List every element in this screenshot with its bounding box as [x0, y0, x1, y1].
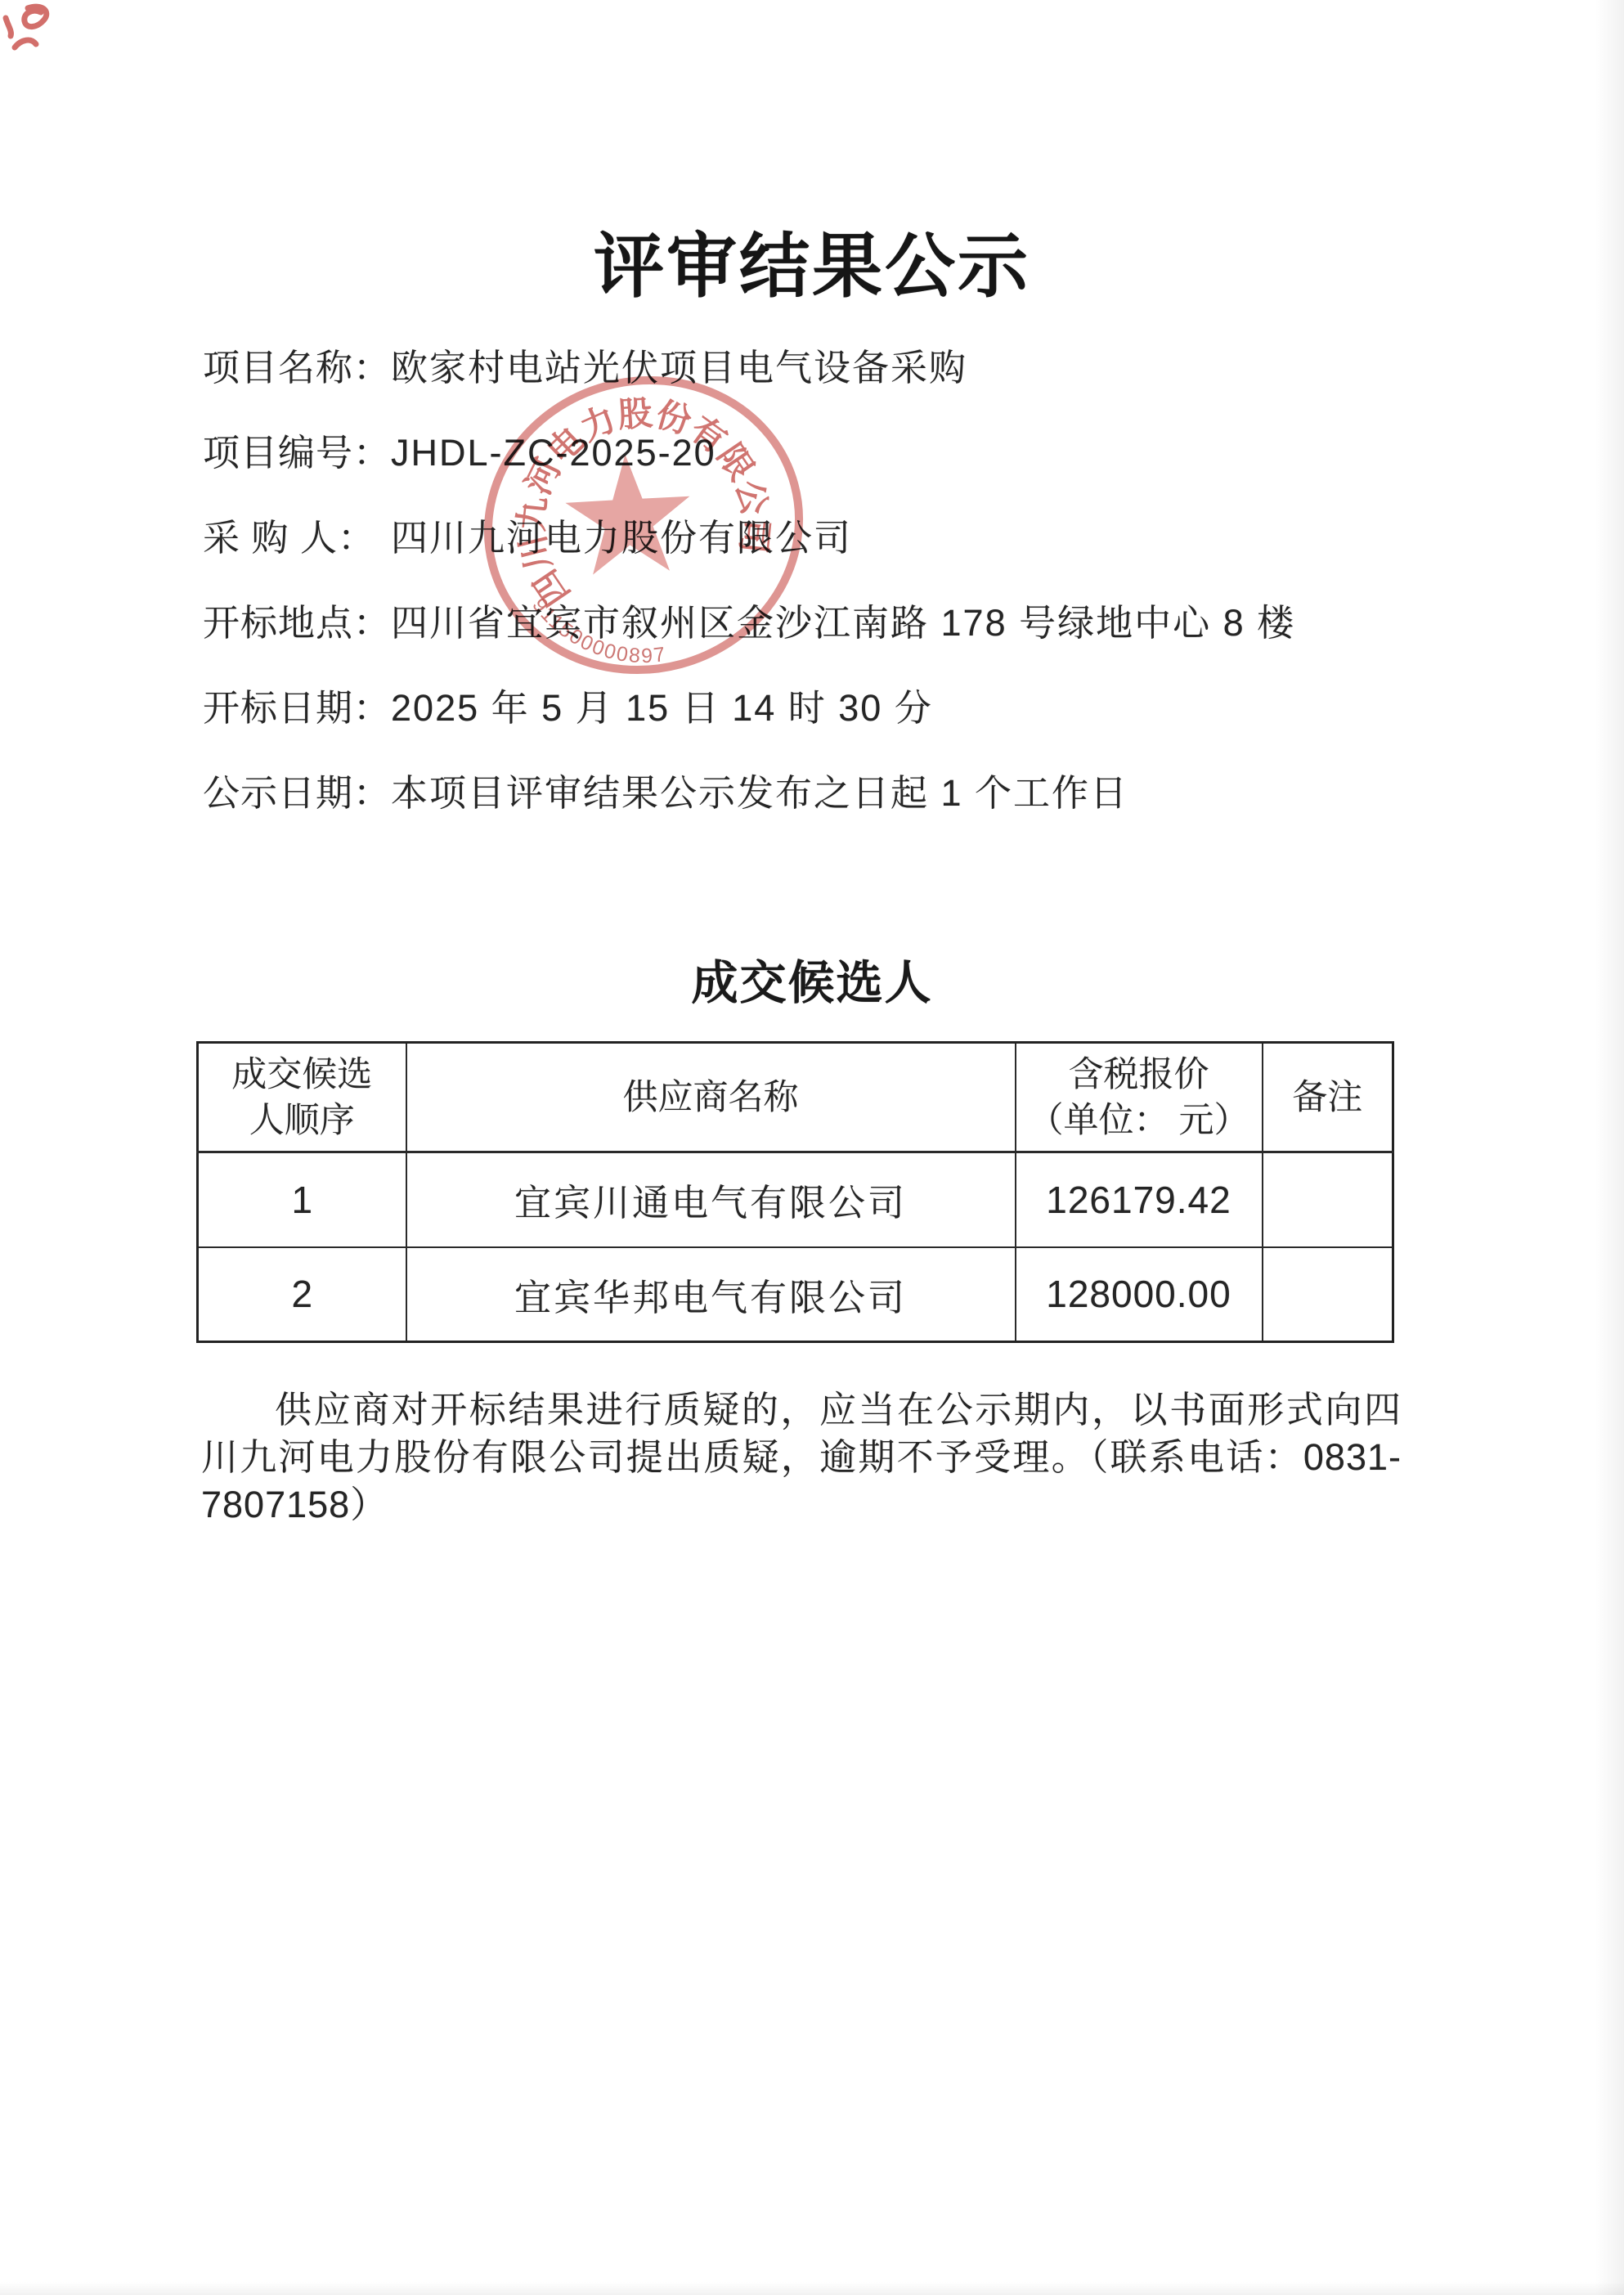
- document-title: 评审结果公示: [0, 209, 1624, 311]
- table-row: 2 宜宾华邦电气有限公司 128000.00: [198, 1247, 1393, 1342]
- footer-note: 供应商对开标结果进行质疑的，应当在公示期内，以书面形式向四川九河电力股份有限公司…: [201, 1386, 1402, 1529]
- document-page: 评审结果公示 项目名称： 欧家村电站光伏项目电气设备采购 项目编号： JHDL-…: [0, 0, 1624, 2295]
- scan-edge-right: [1595, 0, 1624, 2295]
- header-candidate-order: 成交候选 人顺序: [198, 1043, 406, 1152]
- table-row: 1 宜宾川通电气有限公司 126179.42: [198, 1152, 1393, 1247]
- cell-supplier: 宜宾川通电气有限公司: [406, 1152, 1016, 1247]
- field-label: 采 购 人：: [203, 517, 391, 559]
- section-title: 成交候选人: [0, 945, 1624, 1013]
- cell-price: 126179.42: [1016, 1152, 1263, 1247]
- field-purchaser: 采 购 人： 四川九河电力股份有限公司: [203, 517, 1403, 602]
- field-label: 项目名称：: [203, 347, 391, 389]
- cell-supplier: 宜宾华邦电气有限公司: [406, 1247, 1016, 1342]
- field-value: 2025 年 5 月 15 日 14 时 30 分: [391, 687, 933, 730]
- field-value: 四川九河电力股份有限公司: [391, 517, 852, 559]
- cell-order: 1: [198, 1152, 406, 1247]
- field-value: 本项目评审结果公示发布之日起 1 个工作日: [391, 772, 1128, 815]
- cell-price: 128000.00: [1016, 1247, 1263, 1342]
- cell-order: 2: [198, 1247, 406, 1342]
- field-list: 项目名称： 欧家村电站光伏项目电气设备采购 项目编号： JHDL-ZC-2025…: [203, 347, 1403, 857]
- table-header-row: 成交候选 人顺序 供应商名称 含税报价 （单位： 元） 备注: [198, 1043, 1393, 1152]
- candidates-table: 成交候选 人顺序 供应商名称 含税报价 （单位： 元） 备注 1 宜宾川通电气有…: [196, 1041, 1394, 1343]
- header-price-with-tax: 含税报价 （单位： 元）: [1016, 1043, 1263, 1152]
- field-project-name: 项目名称： 欧家村电站光伏项目电气设备采购: [203, 347, 1403, 432]
- pen-squiggle-2: [6, 18, 11, 36]
- field-label: 项目编号：: [203, 432, 391, 474]
- scan-edge-bottom: [0, 2282, 1624, 2295]
- field-value: 欧家村电站光伏项目电气设备采购: [391, 347, 967, 389]
- field-bid-opening-place: 开标地点： 四川省宜宾市叙州区金沙江南路 178 号绿地中心 8 楼: [203, 602, 1403, 687]
- field-label: 开标日期：: [203, 687, 391, 730]
- red-pen-marks: [0, 0, 114, 98]
- field-label: 公示日期：: [203, 772, 391, 815]
- field-project-number: 项目编号： JHDL-ZC-2025-20: [203, 432, 1403, 517]
- cell-remark: [1263, 1247, 1393, 1342]
- header-remark: 备注: [1263, 1043, 1393, 1152]
- field-value: 四川省宜宾市叙州区金沙江南路 178 号绿地中心 8 楼: [391, 602, 1295, 644]
- cell-remark: [1263, 1152, 1393, 1247]
- field-label: 开标地点：: [203, 602, 391, 644]
- field-bid-opening-date: 开标日期： 2025 年 5 月 15 日 14 时 30 分: [203, 687, 1403, 772]
- pen-squiggle-3: [15, 40, 36, 47]
- field-value: JHDL-ZC-2025-20: [391, 432, 716, 474]
- header-supplier-name: 供应商名称: [406, 1043, 1016, 1152]
- field-publicity-period: 公示日期： 本项目评审结果公示发布之日起 1 个工作日: [203, 772, 1403, 857]
- pen-squiggle-1: [25, 7, 47, 26]
